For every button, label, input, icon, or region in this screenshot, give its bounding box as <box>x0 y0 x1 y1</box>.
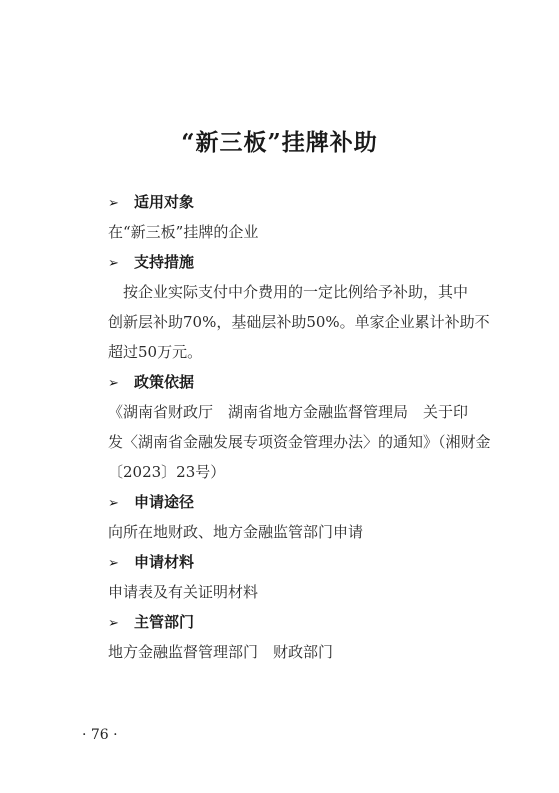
arrow-bullet-icon: ➢ <box>108 609 134 639</box>
arrow-bullet-icon: ➢ <box>108 189 134 219</box>
section-text: 按企业实际支付中介费用的一定比例给予补助，其中 <box>108 277 488 307</box>
arrow-bullet-icon: ➢ <box>108 369 134 399</box>
section-heading-label: 适用对象 <box>134 193 194 211</box>
section-text: 创新层补助70%，基础层补助50%。单家企业累计补助不 <box>108 307 488 337</box>
section-text: 发〈湖南省金融发展专项资金管理办法〉的通知》（湘财金 <box>108 427 488 457</box>
section-text: 在“新三板”挂牌的企业 <box>108 217 488 247</box>
section-heading-eligibility: ➢适用对象 <box>108 187 488 217</box>
section-heading-label: 申请材料 <box>134 553 194 571</box>
section-heading-label: 政策依据 <box>134 373 194 391</box>
section-heading-label: 主管部门 <box>134 613 194 631</box>
document-page: “新三板”挂牌补助 ➢适用对象 在“新三板”挂牌的企业 ➢支持措施 按企业实际支… <box>0 0 559 793</box>
arrow-bullet-icon: ➢ <box>108 489 134 519</box>
content-body: ➢适用对象 在“新三板”挂牌的企业 ➢支持措施 按企业实际支付中介费用的一定比例… <box>108 187 488 667</box>
section-heading-policy-basis: ➢政策依据 <box>108 367 488 397</box>
section-heading-application-materials: ➢申请材料 <box>108 547 488 577</box>
section-heading-measures: ➢支持措施 <box>108 247 488 277</box>
arrow-bullet-icon: ➢ <box>108 249 134 279</box>
section-text: 超过50万元。 <box>108 337 488 367</box>
section-text: 向所在地财政、地方金融监管部门申请 <box>108 517 488 547</box>
section-heading-application-channel: ➢申请途径 <box>108 487 488 517</box>
section-heading-label: 支持措施 <box>134 253 194 271</box>
text-line: 按企业实际支付中介费用的一定比例给予补助，其中 <box>123 283 468 301</box>
section-text: 《湖南省财政厅 湖南省地方金融监督管理局 关于印 <box>108 397 488 427</box>
section-heading-competent-department: ➢主管部门 <box>108 607 488 637</box>
section-text: 地方金融监督管理部门 财政部门 <box>108 637 488 667</box>
section-text: 〔2023〕23号） <box>108 457 488 487</box>
section-heading-label: 申请途径 <box>134 493 194 511</box>
arrow-bullet-icon: ➢ <box>108 549 134 579</box>
page-number: · 76 · <box>82 727 118 743</box>
page-title: “新三板”挂牌补助 <box>0 124 559 157</box>
section-text: 申请表及有关证明材料 <box>108 577 488 607</box>
